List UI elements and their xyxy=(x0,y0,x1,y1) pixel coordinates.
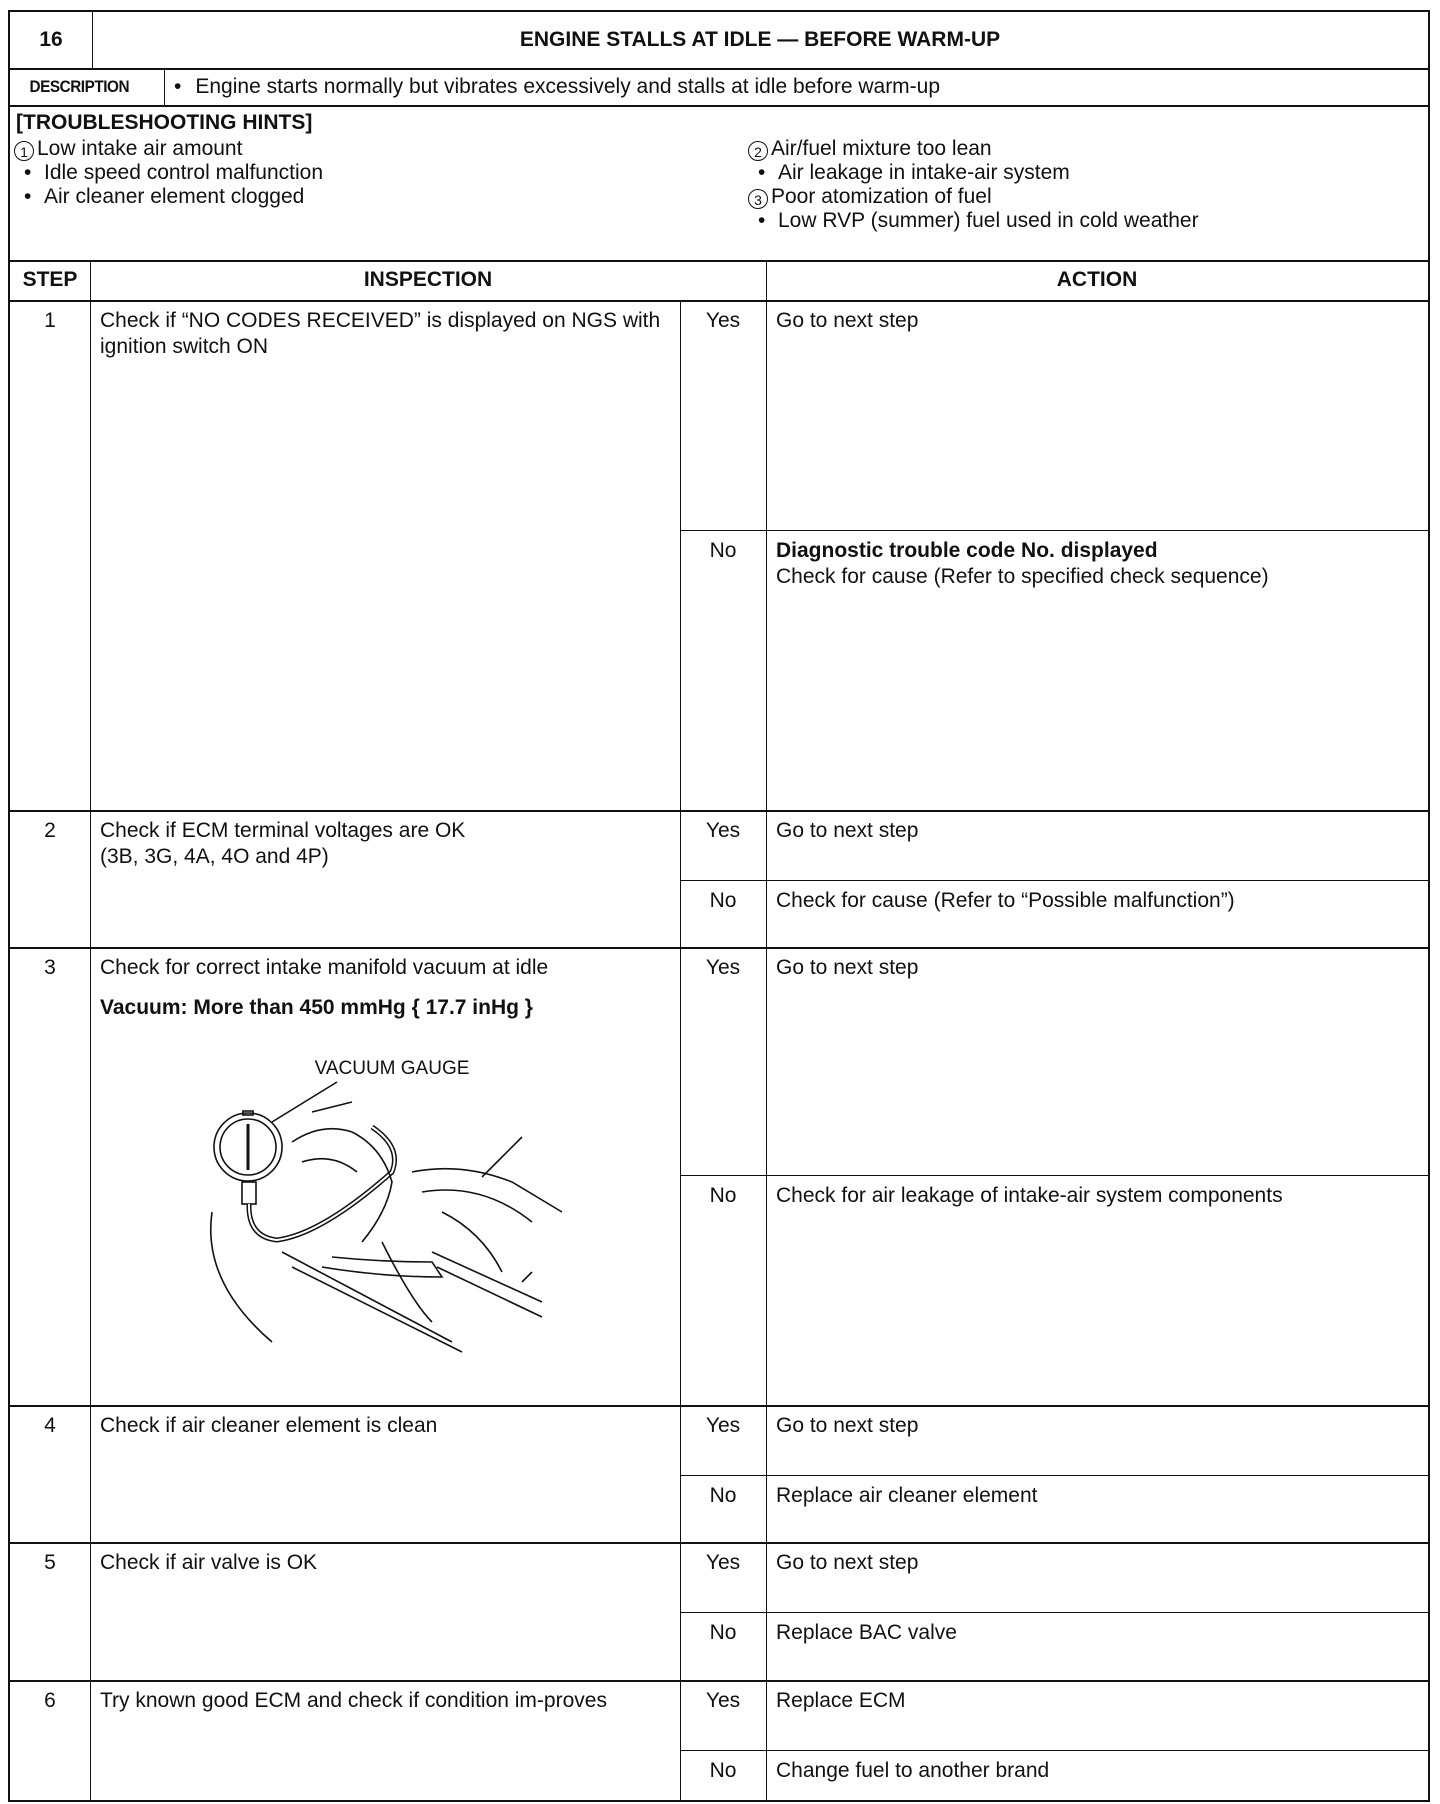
no-action-text: Replace BAC valve xyxy=(776,1620,1418,1646)
column-header-inspection: INSPECTION xyxy=(90,260,766,300)
description-label: DESCRIPTION xyxy=(10,68,149,105)
hint-cause: Low intake air amount xyxy=(37,137,242,160)
yes-label: Yes xyxy=(680,1680,766,1750)
yes-action: Go to next step xyxy=(766,1542,1428,1612)
yes-action: Go to next step xyxy=(766,1405,1428,1475)
no-action-text: Check for air leakage of intake-air syst… xyxy=(776,1183,1418,1209)
inspection-text: Check if air valve is OK xyxy=(100,1550,670,1576)
figure-label: VACUUM GAUGE xyxy=(315,1058,470,1079)
inspection-cell: Check if ECM terminal voltages are OK(3B… xyxy=(90,810,680,947)
step-number: 5 xyxy=(10,1542,90,1680)
yes-label: Yes xyxy=(680,810,766,880)
no-action-text: Check for cause (Refer to “Possible malf… xyxy=(776,888,1418,914)
step-number: 3 xyxy=(10,947,90,1405)
hint-item: Low RVP (summer) fuel used in cold weath… xyxy=(748,209,1199,233)
no-action: Replace BAC valve xyxy=(766,1612,1428,1680)
no-label: No xyxy=(680,530,766,810)
hint-item: Air leakage in intake-air system xyxy=(748,161,1199,185)
hint-cause: Air/fuel mixture too lean xyxy=(771,137,992,160)
step-number: 6 xyxy=(10,1680,90,1802)
vacuum-gauge-illustration: VACUUM GAUGE xyxy=(182,1052,602,1372)
no-action-heading: Diagnostic trouble code No. displayed xyxy=(776,538,1418,564)
inspection-cell: Check if “NO CODES RECEIVED” is displaye… xyxy=(90,300,680,810)
column-header-step: STEP xyxy=(10,260,90,300)
yes-action: Go to next step xyxy=(766,947,1428,1175)
inspection-text: Try known good ECM and check if conditio… xyxy=(100,1688,670,1714)
no-action: Check for cause (Refer to “Possible malf… xyxy=(766,880,1428,947)
divider xyxy=(92,12,93,68)
no-label: No xyxy=(680,1612,766,1680)
column-header-action: ACTION xyxy=(766,260,1428,300)
yes-label: Yes xyxy=(680,1542,766,1612)
yes-action: Replace ECM xyxy=(766,1680,1428,1750)
yes-label: Yes xyxy=(680,947,766,1175)
inspection-text: Check if “NO CODES RECEIVED” is displaye… xyxy=(100,308,670,360)
inspection-text: Check for correct intake manifold vacuum… xyxy=(100,955,670,981)
no-action: Replace air cleaner element xyxy=(766,1475,1428,1542)
page-title: ENGINE STALLS AT IDLE — BEFORE WARM-UP xyxy=(92,12,1428,68)
hint-group-2: 2Air/fuel mixture too lean Air leakage i… xyxy=(748,137,1199,233)
no-label: No xyxy=(680,1175,766,1405)
no-action-text: Check for cause (Refer to specified chec… xyxy=(776,564,1418,590)
no-action-text: Change fuel to another brand xyxy=(776,1758,1418,1784)
hint-group-1: 1Low intake air amount Idle speed contro… xyxy=(14,137,323,209)
no-action: Diagnostic trouble code No. displayedChe… xyxy=(766,530,1428,810)
no-action: Check for air leakage of intake-air syst… xyxy=(766,1175,1428,1405)
no-action: Change fuel to another brand xyxy=(766,1750,1428,1802)
inspection-text: Check if ECM terminal voltages are OK xyxy=(100,818,670,844)
circled-number-icon: 3 xyxy=(748,189,768,209)
inspection-cell: Check if air valve is OK xyxy=(90,1542,680,1680)
circled-number-icon: 2 xyxy=(748,141,768,161)
hint-cause: Poor atomization of fuel xyxy=(771,185,992,208)
inspection-cell: Check if air cleaner element is clean xyxy=(90,1405,680,1542)
circled-number-icon: 1 xyxy=(14,141,34,161)
description-value: Engine starts normally but vibrates exce… xyxy=(195,74,940,100)
step-number: 4 xyxy=(10,1405,90,1542)
vacuum-spec: Vacuum: More than 450 mmHg { 17.7 inHg } xyxy=(100,995,670,1021)
no-label: No xyxy=(680,1750,766,1802)
step-number: 2 xyxy=(10,810,90,947)
inspection-cell: Try known good ECM and check if conditio… xyxy=(90,1680,680,1802)
no-action-text: Replace air cleaner element xyxy=(776,1483,1418,1509)
bullet: • xyxy=(174,74,181,100)
hints-title: [TROUBLESHOOTING HINTS] xyxy=(16,111,1428,135)
inspection-terminals: (3B, 3G, 4A, 4O and 4P) xyxy=(100,844,670,870)
section-number: 16 xyxy=(10,12,92,68)
no-label: No xyxy=(680,1475,766,1542)
yes-action: Go to next step xyxy=(766,300,1428,530)
hint-item: Air cleaner element clogged xyxy=(14,185,323,209)
description-text: • Engine starts normally but vibrates ex… xyxy=(164,68,1428,105)
hint-item: Idle speed control malfunction xyxy=(14,161,323,185)
yes-action: Go to next step xyxy=(766,810,1428,880)
inspection-text: Check if air cleaner element is clean xyxy=(100,1413,670,1439)
no-label: No xyxy=(680,880,766,947)
step-number: 1 xyxy=(10,300,90,810)
yes-label: Yes xyxy=(680,1405,766,1475)
troubleshooting-hints: [TROUBLESHOOTING HINTS] 1Low intake air … xyxy=(10,105,1428,260)
troubleshooting-table: 16 ENGINE STALLS AT IDLE — BEFORE WARM-U… xyxy=(8,10,1430,1802)
yes-label: Yes xyxy=(680,300,766,530)
